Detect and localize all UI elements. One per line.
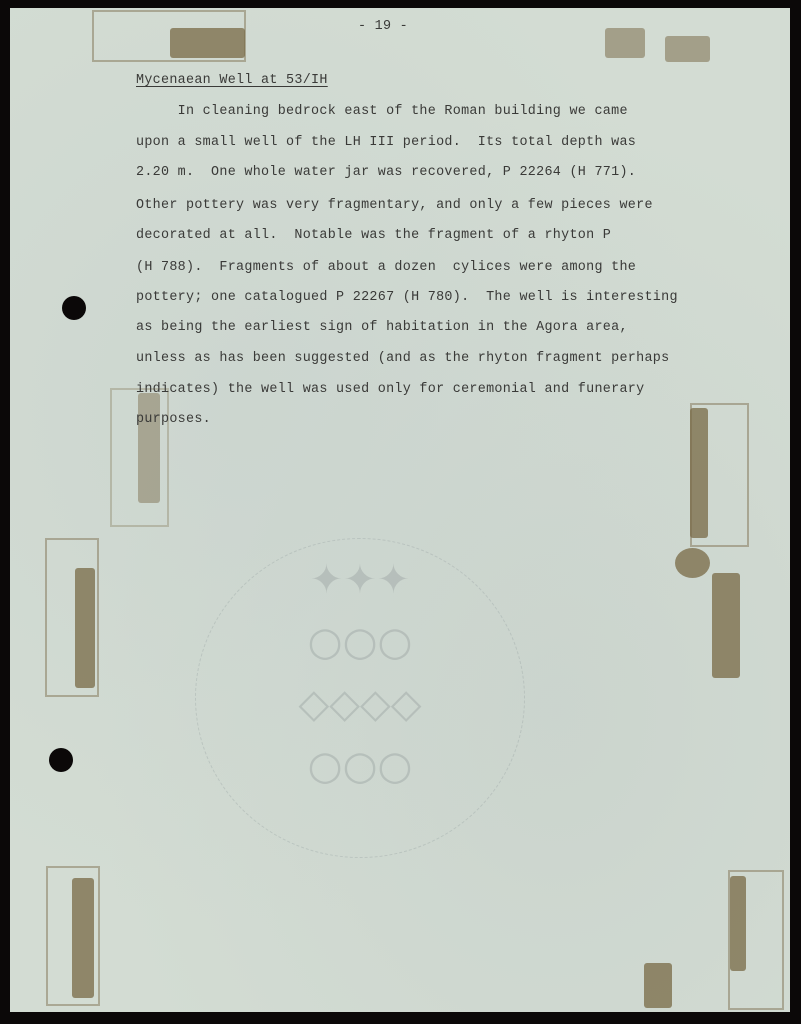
body-line: 2.20 m. One whole water jar was recovere… [136,165,636,180]
punch-hole-upper [62,296,86,320]
mirrored-stamp-watermark: ✦✦✦○○○◇◇◇◇○○○ [195,538,525,858]
tape-stain-left-lower-fill [75,568,95,688]
body-line: pottery; one catalogued P 22267 (H 780).… [136,290,678,305]
body-line: upon a small well of the LH III period. … [136,135,636,150]
tape-stain-bottom-right-fill [730,876,746,971]
body-line: as being the earliest sign of habitation… [136,320,628,335]
tape-stain-right-mid-fill [690,408,708,538]
section-heading: Mycenaean Well at 53/IH [136,73,328,88]
tape-stain-bottom-right-foot [644,963,672,1008]
body-line: In cleaning bedrock east of the Roman bu… [136,104,628,119]
tape-stain-top-left-fill [170,28,245,58]
tape-stain-left-mid-fill [138,393,160,503]
body-line: purposes. [136,412,211,427]
body-line: indicates) the well was used only for ce… [136,382,644,397]
body-line: unless as has been suggested (and as the… [136,351,669,366]
tape-stain-right-drip [675,548,710,578]
tape-stain-bottom-left-fill [72,878,94,998]
body-line: decorated at all. Notable was the fragme… [136,228,611,243]
body-line: (H 788). Fragments of about a dozen cyli… [136,260,636,275]
tape-stain-top-right-a [605,28,645,58]
punch-hole-lower [49,748,73,772]
page-number: - 19 - [358,19,408,34]
tape-stain-top-right-b [665,36,710,62]
body-line: Other pottery was very fragmentary, and … [136,198,653,213]
tape-stain-right-streak [712,573,740,678]
document-page: ✦✦✦○○○◇◇◇◇○○○ - 19 - Mycenaean Well at 5… [10,8,790,1012]
